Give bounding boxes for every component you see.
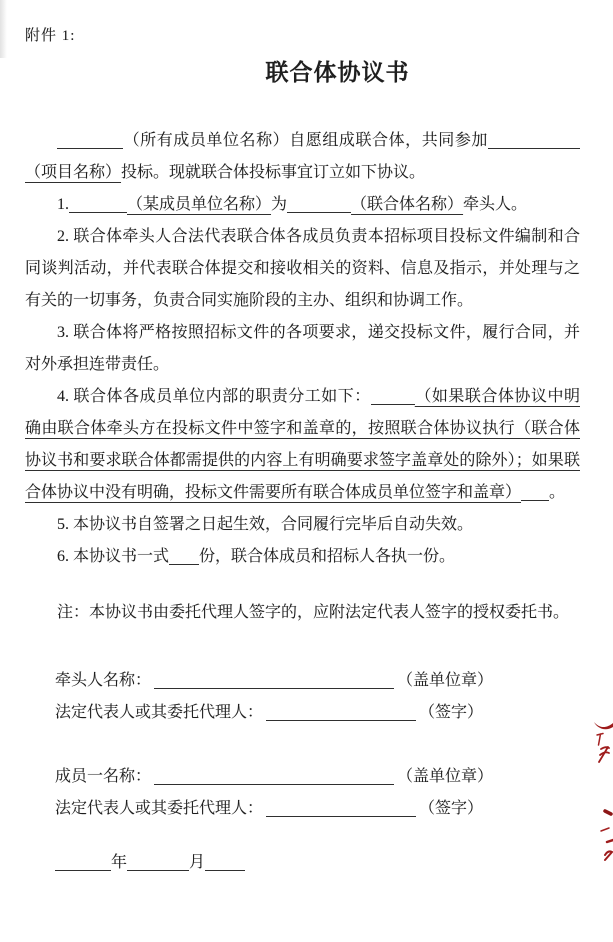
text-run: 5. 本协议书自签署之日起生效，合同履行完毕后自动失效。 (57, 516, 473, 533)
underlined-text: （联合体名称） (351, 196, 463, 213)
paragraph-item-2: 2. 联合体牵头人合法代表联合体各成员负责本招标项目投标文件编制和合同谈判活动，… (25, 221, 580, 317)
blank-line (205, 852, 245, 871)
text-run: 为 (271, 196, 287, 213)
signature-label: 成员一名称： (55, 768, 151, 785)
paragraph-item-1: 1.（某成员单位名称）为（联合体名称）牵头人。 (25, 189, 580, 221)
attachment-label: 附件 1: (0, 0, 613, 46)
signature-row: 法定代表人或其委托代理人：（签字） (55, 793, 613, 825)
paragraph-item-5: 5. 本协议书自签署之日起生效，合同履行完毕后自动失效。 (25, 509, 580, 541)
signature-block-2: 成员一名称：（盖单位章）法定代表人或其委托代理人：（签字） (55, 761, 613, 825)
red-ink-mark-lower (599, 806, 613, 864)
signature-row: 成员一名称：（盖单位章） (55, 761, 613, 793)
paragraph-item-3: 3. 联合体将严格按照招标文件的各项要求，递交投标文件，履行合同，并对外承担连带… (25, 317, 580, 381)
signature-blocks: 牵头人名称：（盖单位章）法定代表人或其委托代理人：（签字）成员一名称：（盖单位章… (55, 665, 613, 825)
document-page: 附件 1: 联合体协议书 （所有成员单位名称）自愿组成联合体，共同参加（项目名称… (0, 0, 613, 942)
paragraph-item-4: 4. 联合体各成员单位内部的职责分工如下：（如果联合体协议中明确由联合体牵头方在… (25, 381, 580, 509)
blank-line (169, 546, 199, 565)
signature-blank-line (154, 766, 394, 785)
text-run: 年 (111, 854, 127, 871)
paragraphs-container: （所有成员单位名称）自愿组成联合体，共同参加（项目名称）投标。现就联合体投标事宜… (0, 125, 613, 629)
signature-label: 牵头人名称： (55, 672, 151, 689)
blank-line (57, 130, 123, 149)
document-title: 联合体协议书 (31, 55, 613, 89)
signature-blank-line (154, 670, 394, 689)
blank-line (55, 852, 111, 871)
text-run: 牵头人。 (463, 196, 527, 213)
signature-label: 法定代表人或其委托代理人： (55, 704, 263, 721)
paragraph-intro: （所有成员单位名称）自愿组成联合体，共同参加（项目名称）投标。现就联合体投标事宜… (25, 125, 580, 189)
paragraph-item-6: 6. 本协议书一式份，联合体成员和招标人各执一份。 (25, 541, 580, 573)
text-run: （所有成员单位名称）自愿组成联合体，共同参加 (123, 132, 488, 149)
signature-blank-line (266, 702, 416, 721)
text-run: 注：本协议书由委托代理人签字的，应附法定代表人签字的授权委托书。 (57, 604, 569, 621)
signature-blank-line (266, 798, 416, 817)
blank-line (371, 386, 415, 405)
blank-line (521, 482, 549, 501)
paragraph-note: 注：本协议书由委托代理人签字的，应附法定代表人签字的授权委托书。 (25, 597, 580, 629)
blank-line (127, 852, 189, 871)
signature-suffix: （签字） (419, 704, 483, 721)
signature-suffix: （签字） (419, 800, 483, 817)
blank-line (69, 194, 127, 213)
text-run: 份，联合体成员和招标人各执一份。 (199, 548, 455, 565)
date-line: 年月 (55, 847, 613, 879)
text-run: 3. 联合体将严格按照招标文件的各项要求，递交投标文件，履行合同，并对外承担连带… (25, 324, 580, 373)
underlined-text: （项目名称） (25, 164, 121, 181)
signature-row: 牵头人名称：（盖单位章） (55, 665, 613, 697)
text-run: 。 (549, 484, 565, 501)
blank-line (287, 194, 351, 213)
blank-line (488, 130, 580, 149)
text-run: 月 (189, 854, 205, 871)
underlined-text: （某成员单位名称） (127, 196, 271, 213)
signature-block-1: 牵头人名称：（盖单位章）法定代表人或其委托代理人：（签字） (55, 665, 613, 729)
text-run: 2. 联合体牵头人合法代表联合体各成员负责本招标项目投标文件编制和合同谈判活动，… (25, 228, 580, 309)
signature-suffix: （盖单位章） (397, 768, 493, 785)
signature-row: 法定代表人或其委托代理人：（签字） (55, 697, 613, 729)
text-run: 1. (57, 196, 69, 213)
text-run: 4. 联合体各成员单位内部的职责分工如下： (57, 388, 371, 405)
text-run: 6. 本协议书一式 (57, 548, 169, 565)
signature-label: 法定代表人或其委托代理人： (55, 800, 263, 817)
red-ink-mark-upper (585, 716, 613, 764)
scan-edge-smudge (0, 0, 7, 58)
signature-suffix: （盖单位章） (397, 672, 493, 689)
text-run: 投标。现就联合体投标事宜订立如下协议。 (121, 164, 425, 181)
